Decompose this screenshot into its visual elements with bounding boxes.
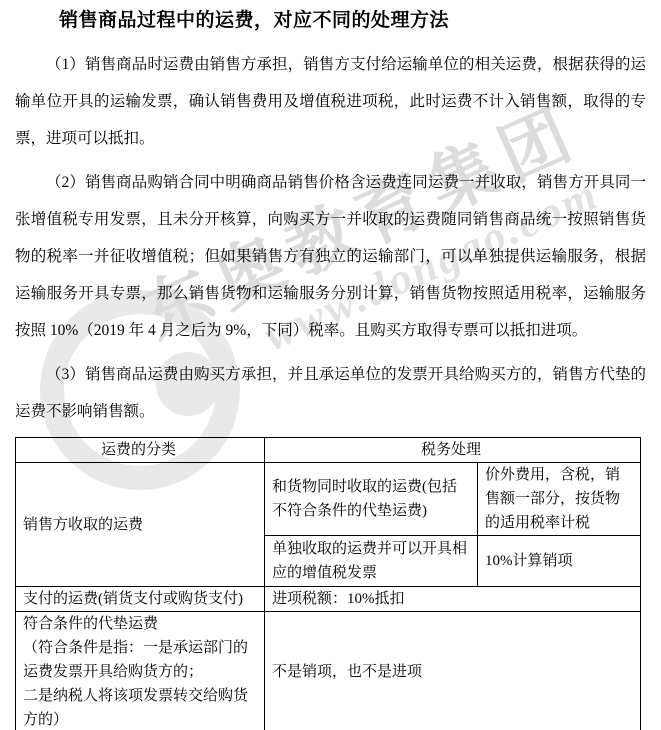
cell-with-goods-treatment: 价外费用，含税，销售额一部分，按货物的适用税率计税	[478, 463, 641, 536]
table-row-advance-freight: 符合条件的代垫运费 （符合条件是指：一是承运部门的运费发票开具给购货方的； 二是…	[16, 612, 641, 730]
advance-category-line-1: 符合条件的代垫运费	[23, 612, 254, 636]
cell-advance-freight-category: 符合条件的代垫运费 （符合条件是指：一是承运部门的运费发票开具给购货方的； 二是…	[16, 612, 265, 730]
paragraph-1: （1）销售商品时运费由销售方承担，销售方支付给运输单位的相关运费，根据获得的运输…	[15, 46, 646, 157]
header-cell-category: 运费的分类	[16, 438, 265, 463]
document-content: 销售商品过程中的运费，对应不同的处理方法 （1）销售商品时运费由销售方承担，销售…	[0, 0, 661, 730]
page-title: 销售商品过程中的运费，对应不同的处理方法	[59, 8, 646, 34]
table-row-seller-collected-1: 销售方收取的运费 和货物同时收取的运费(包括不符合条件的代垫运费) 价外费用，含…	[16, 463, 641, 536]
freight-tax-table: 运费的分类 税务处理 销售方收取的运费 和货物同时收取的运费(包括不符合条件的代…	[15, 437, 641, 730]
cell-advance-freight-treatment: 不是销项，也不是进项	[265, 612, 641, 730]
table-header-row: 运费的分类 税务处理	[16, 438, 641, 463]
table-row-paid-freight: 支付的运费(销货支付或购货支付) 进项税额：10%抵扣	[16, 587, 641, 612]
advance-category-line-3: 二是纳税人将该项发票转交给购货方的）	[23, 684, 254, 730]
cell-paid-freight-category: 支付的运费(销货支付或购货支付)	[16, 587, 265, 612]
advance-category-line-2: （符合条件是指：一是承运部门的运费发票开具给购货方的；	[23, 636, 254, 684]
cell-separate-fee-treatment: 10%计算销项	[478, 536, 641, 587]
header-cell-treatment: 税务处理	[265, 438, 641, 463]
cell-seller-collected-category: 销售方收取的运费	[16, 463, 265, 587]
paragraph-2: （2）销售商品购销合同中明确商品销售价格含运费连同运费一并收取，销售方开具同一张…	[15, 164, 646, 349]
document-page: 东奥教育集团 www.dongao.com 销售商品过程中的运费，对应不同的处理…	[0, 0, 661, 730]
cell-separate-fee-desc: 单独收取的运费并可以开具相应的增值税发票	[265, 536, 478, 587]
cell-with-goods-desc: 和货物同时收取的运费(包括不符合条件的代垫运费)	[265, 463, 478, 536]
paragraph-3: （3）销售商品运费由购买方承担，并且承运单位的发票开具给购买方的，销售方代垫的运…	[15, 356, 646, 430]
cell-paid-freight-treatment: 进项税额：10%抵扣	[265, 587, 641, 612]
